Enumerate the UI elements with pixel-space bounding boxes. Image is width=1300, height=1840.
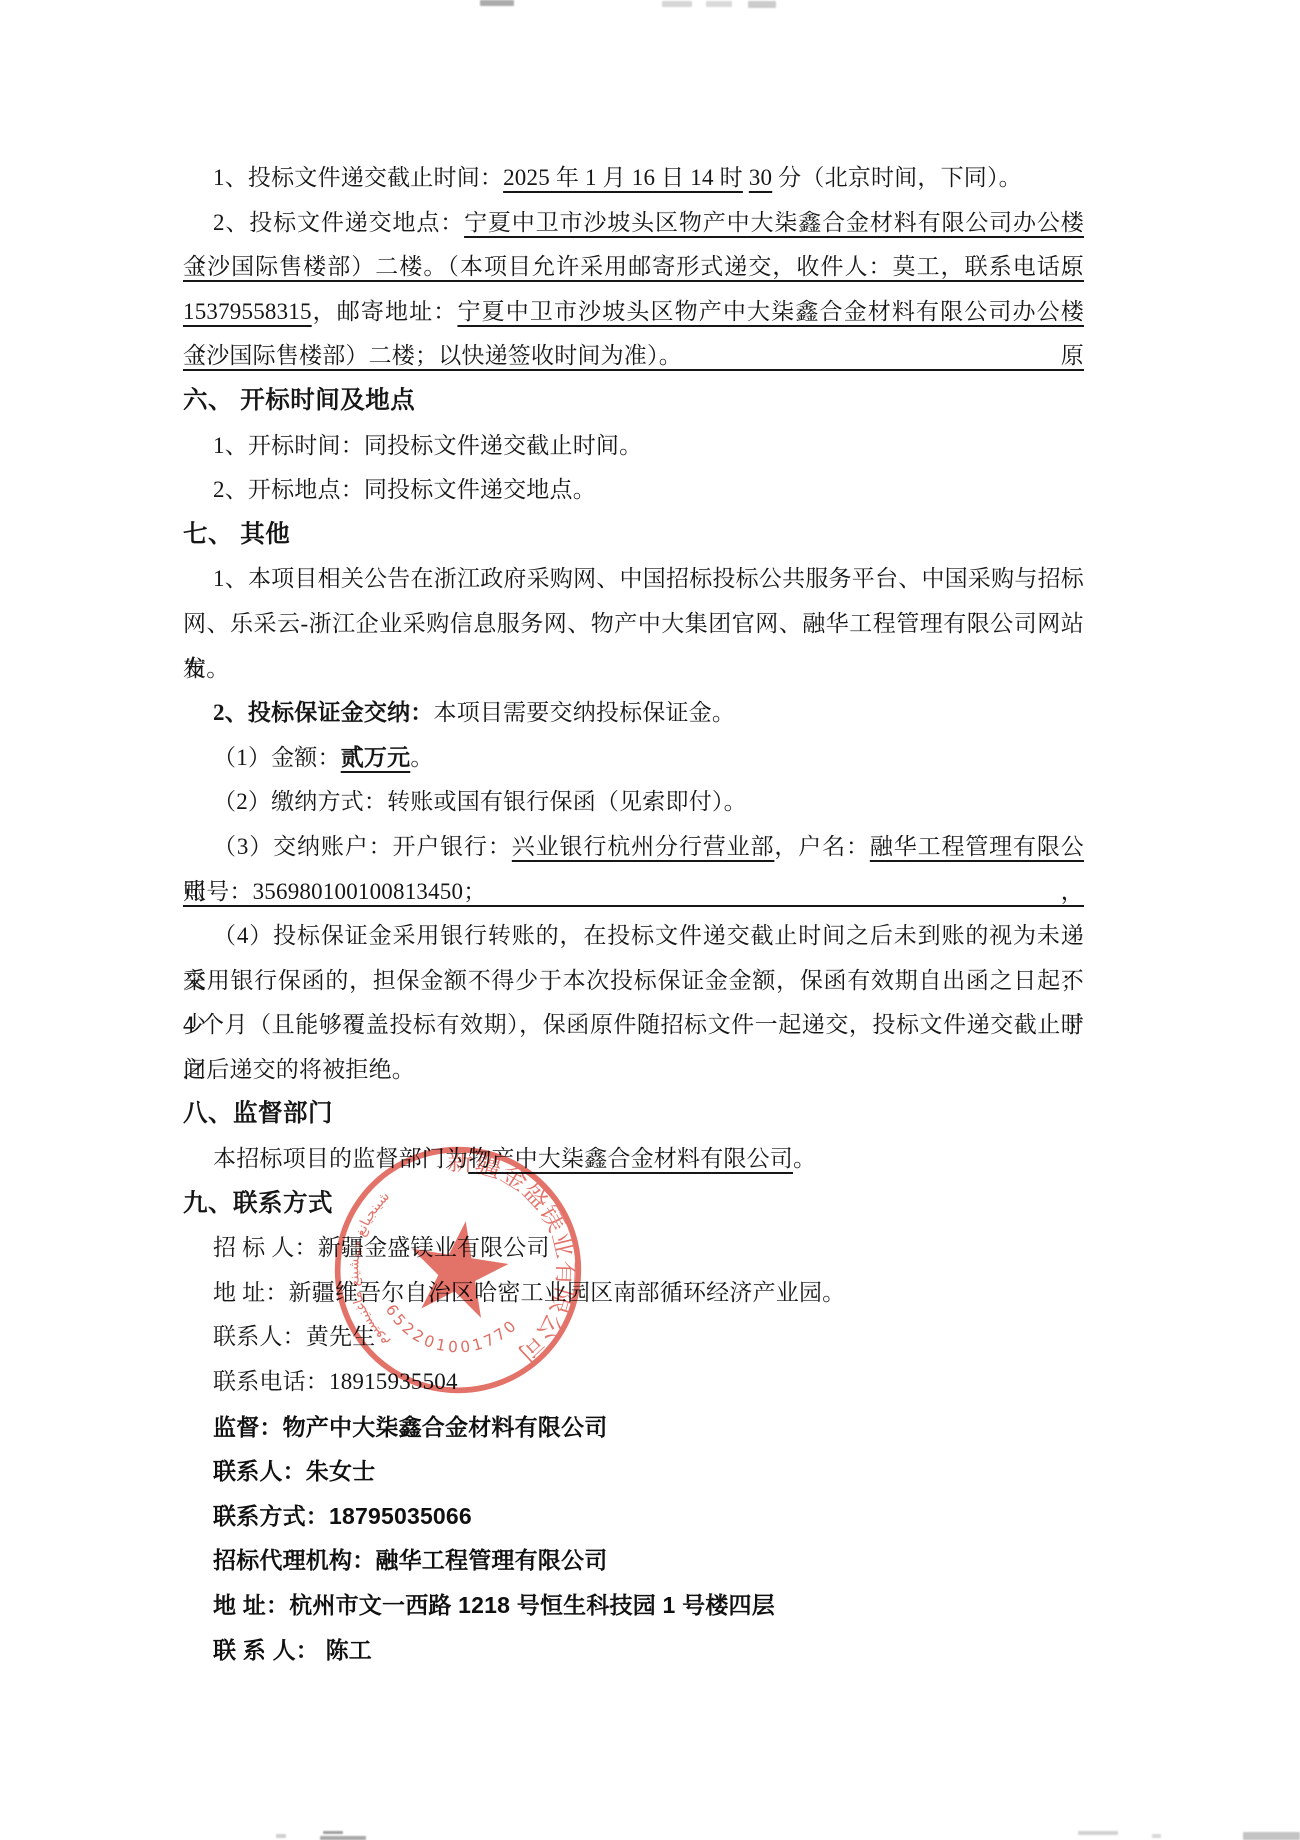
text-segment: 356980100100813450 [253,879,464,904]
doc-line: 1、本项目相关公告在浙江政府采购网、中国招标投标公共服务平台、中国采购与招标 [183,557,1084,602]
doc-line: 采用银行保函的，担保金额不得少于本次投标保证金金额，保函有效期自出函之日起不少于 [183,959,1084,1004]
section-heading: 六、 开标时间及地点 [183,379,1084,424]
doc-line: （2）缴纳方式：转账或国有银行保函（见索即付）。 [183,780,1084,825]
section-heading: 九、联系方式 [183,1182,1084,1227]
text-segment: 贰万元 [341,745,411,770]
text-segment: 地 址：杭州市文一西路 1218 号恒生科技园 1 号楼四层 [213,1592,775,1618]
scan-artifact [320,1836,366,1840]
text-segment: ，邮寄地址： [312,299,458,324]
doc-line: 联系人：黄先生 [183,1315,1084,1360]
text-segment: 地 址：新疆维吾尔自治区哈密工业园区南部循环经济产业园。 [213,1280,845,1305]
text-segment: 物产中大柒鑫合金材料有限公司 [468,1146,793,1171]
doc-line: 联系方式：18795035066 [183,1494,1084,1539]
scan-artifact [662,1,692,7]
text-segment: 联 系 人： 陈工 [213,1637,372,1663]
text-segment: （本项目允许采用邮寄形式递交，收件人： [447,254,892,279]
scan-artifact [276,1834,286,1838]
text-segment: 分（北京时间，下同）。 [772,165,1022,190]
text-segment: 账号： [183,879,253,904]
section-heading: 八、监督部门 [183,1092,1084,1137]
text-segment: 30 [749,165,772,190]
text-segment: 之后递交的将被拒绝。 [183,1057,415,1082]
doc-line: 监督：物产中大柒鑫合金材料有限公司 [183,1405,1084,1450]
text-segment: 。 [410,745,433,770]
scan-artifact [1152,1834,1161,1838]
text-segment: 布。 [183,656,229,681]
text-segment: 七、 其他 [183,521,290,548]
text-segment: 九、联系方式 [183,1190,333,1217]
text-segment: 15379558315 [183,299,312,324]
doc-line: 之后递交的将被拒绝。 [183,1048,1084,1093]
text-segment: 。 [793,1146,816,1171]
text-segment: 1、本项目相关公告在浙江政府采购网、中国招标投标公共服务平台、中国采购与招标 [213,566,1084,591]
text-segment: ，联系电话： [941,254,1084,279]
doc-line: （3）交纳账户：开户银行：兴业银行杭州分行营业部，户名：融华工程管理有限公司， [183,825,1084,870]
doc-line: 4 个月（且能够覆盖投标有效期），保函原件随招标文件一起递交，投标文件递交截止时… [183,1003,1084,1048]
text-segment: 1、开标时间：同投标文件递交截止时间。 [213,433,642,458]
text-segment: ，户名： [774,834,869,859]
text-segment: 联系方式：18795035066 [213,1503,472,1529]
doc-line: 2、投标文件递交地点：宁夏中卫市沙坡头区物产中大柒鑫合金材料有限公司办公楼（原 [183,201,1084,246]
text-segment: 2025 年 1 月 16 日 14 时 [503,165,743,190]
doc-line: （1）金额：贰万元。 [183,736,1084,781]
doc-line: 1、投标文件递交截止时间：2025 年 1 月 16 日 14 时 30 分（北… [183,156,1084,201]
text-segment: （2）缴纳方式：转账或国有银行保函（见索即付）。 [213,789,747,814]
scan-artifact [1243,1832,1300,1840]
doc-line: 招标代理机构：融华工程管理有限公司 [183,1538,1084,1583]
text-segment: 2、开标地点：同投标文件递交地点。 [213,477,596,502]
scan-artifact [1078,1831,1118,1835]
text-segment: 联系人：朱女士 [213,1458,375,1484]
text-segment: 1、投标文件递交截止时间： [213,165,503,190]
scan-artifact [706,1,732,7]
text-segment: 招标代理机构：融华工程管理有限公司 [213,1547,607,1573]
doc-line: 联 系 人： 陈工 [183,1628,1084,1673]
scan-artifact [480,0,514,6]
text-segment: 六、 开标时间及地点 [183,387,415,414]
text-segment: （3）交纳账户：开户银行： [213,834,512,859]
text-segment: 联系人：黄先生 [213,1324,375,1349]
text-segment: 莫工 [893,254,941,279]
doc-line: 15379558315，邮寄地址：宁夏中卫市沙坡头区物产中大柒鑫合金材料有限公司… [183,290,1084,335]
doc-line: 联系人：朱女士 [183,1449,1084,1494]
doc-line: 布。 [183,647,1084,692]
doc-line: 联系电话：18915935504 [183,1360,1084,1405]
text-segment: 兴业银行杭州分行营业部 [512,834,775,859]
text-segment: 本项目需要交纳投标保证金。 [434,700,736,725]
text-segment: （1）金额： [213,745,341,770]
text-segment: 招 标 人：新疆金盛镁业有限公司 [213,1235,550,1260]
doc-line: 招 标 人：新疆金盛镁业有限公司 [183,1226,1084,1271]
text-segment: 2、投标保证金交纳： [213,700,434,725]
text-segment: 八、监督部门 [183,1100,333,1127]
text-segment: 2、投标文件递交地点： [213,210,464,235]
text-segment: ； [463,879,486,904]
text-segment: 金沙国际售楼部）二楼。 [183,254,447,279]
doc-line: 地 址：杭州市文一西路 1218 号恒生科技园 1 号楼四层 [183,1583,1084,1628]
text-segment: 本招标项目的监督部门为 [213,1146,468,1171]
doc-line: 金沙国际售楼部）二楼。（本项目允许采用邮寄形式递交，收件人：莫工，联系电话： [183,245,1084,290]
text-segment: 监督：物产中大柒鑫合金材料有限公司 [213,1414,607,1440]
text-segment: 联系电话：18915935504 [213,1369,458,1394]
doc-line: 2、开标地点：同投标文件递交地点。 [183,468,1084,513]
doc-line: 1、开标时间：同投标文件递交截止时间。 [183,424,1084,469]
text-segment: ；以快递签收时间为准）。 [415,343,682,368]
doc-line: 网、乐采云-浙江企业采购信息服务网、物产中大集团官网、融华工程管理有限公司网站发 [183,602,1084,647]
doc-line: 2、投标保证金交纳：本项目需要交纳投标保证金。 [183,691,1084,736]
text-segment: 金沙国际售楼部）二楼 [183,343,415,368]
section-heading: 七、 其他 [183,513,1084,558]
scan-artifact [748,1,776,8]
doc-line: 本招标项目的监督部门为物产中大柒鑫合金材料有限公司。 [183,1137,1084,1182]
document-body: 1、投标文件递交截止时间：2025 年 1 月 16 日 14 时 30 分（北… [183,156,1084,1672]
scan-artifact [323,1831,343,1834]
scanned-document-page: 1、投标文件递交截止时间：2025 年 1 月 16 日 14 时 30 分（北… [0,0,1300,1840]
doc-line: 地 址：新疆维吾尔自治区哈密工业园区南部循环经济产业园。 [183,1271,1084,1316]
doc-line: （4）投标保证金采用银行转账的，在投标文件递交截止时间之后未到账的视为未递交； [183,914,1084,959]
